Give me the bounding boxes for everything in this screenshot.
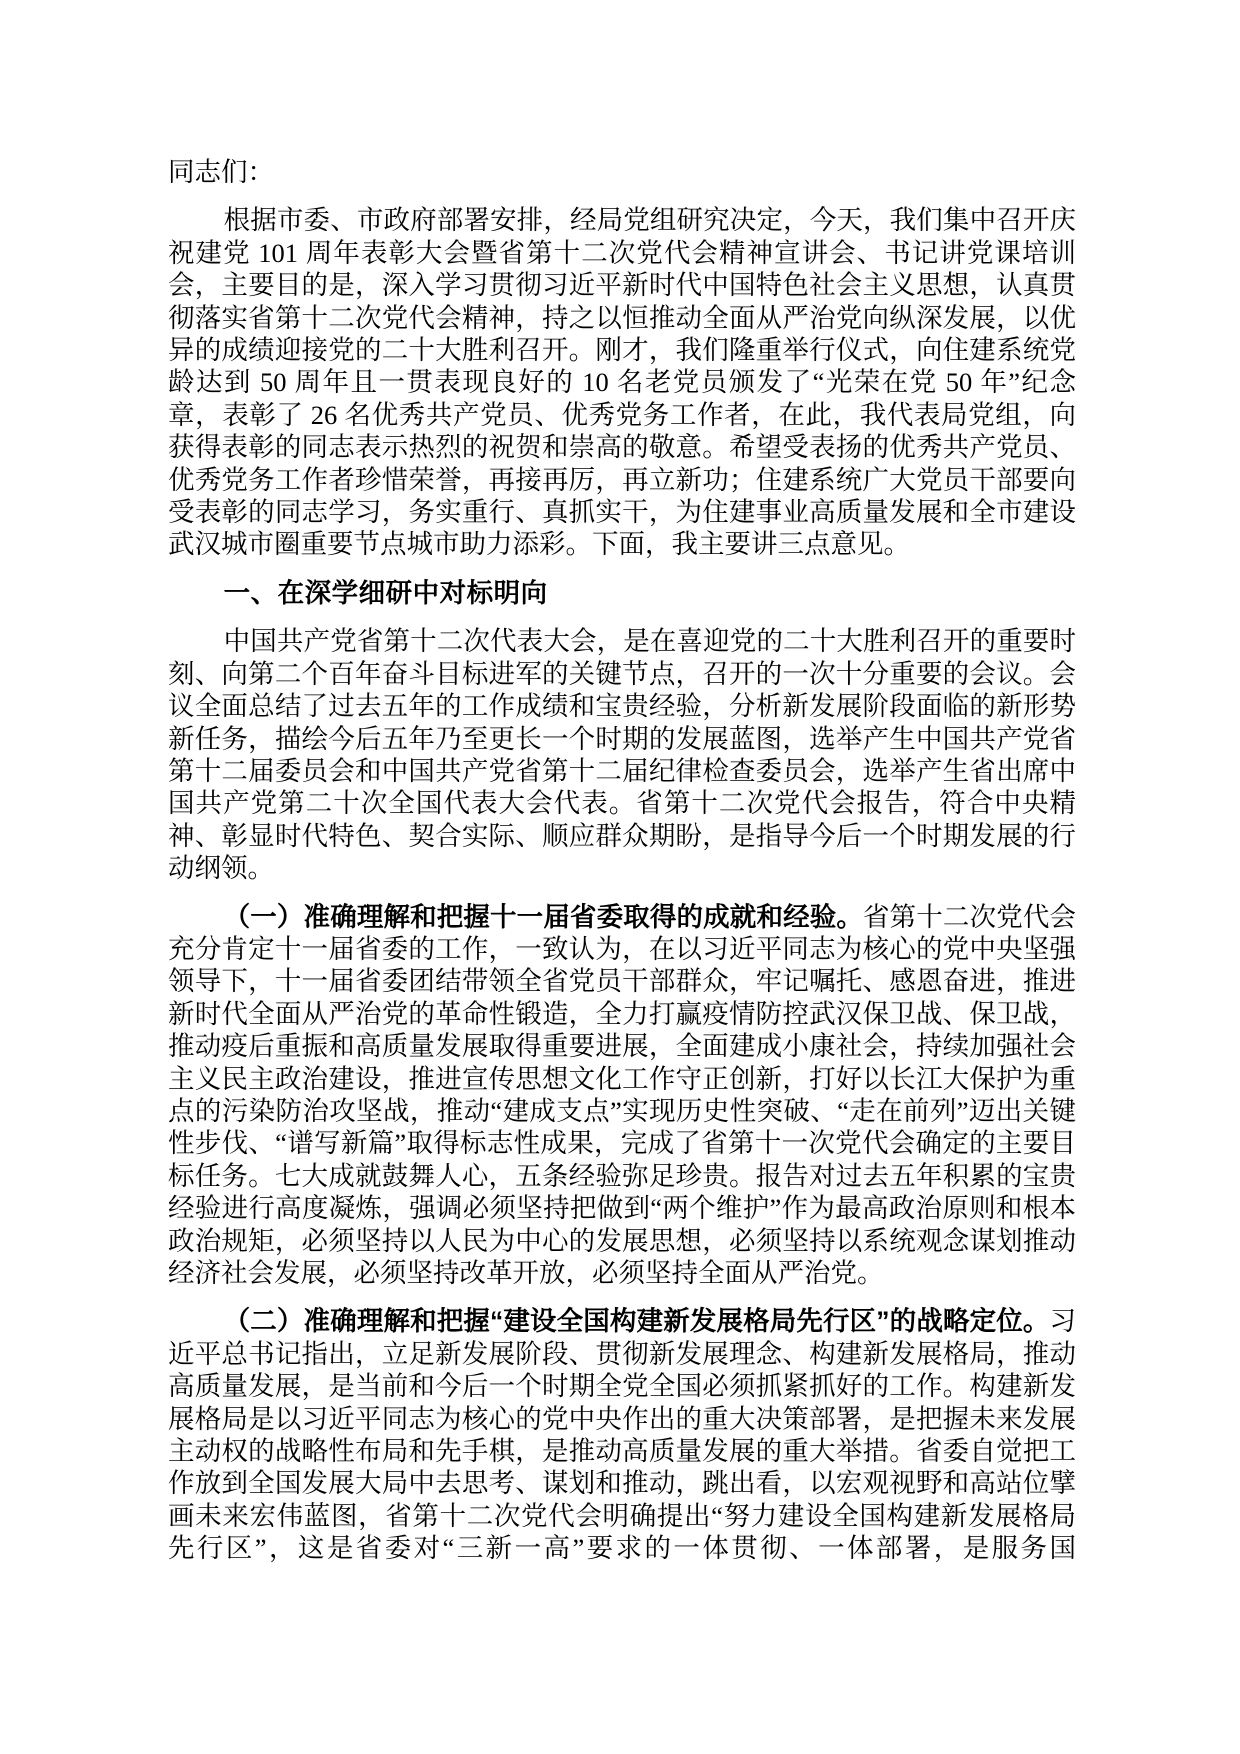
section-1-lede-paragraph: 中国共产党省第十二次代表大会，是在喜迎党的二十大胜利召开的重要时刻、向第二个百年… [168,625,1076,884]
salutation: 同志们： [168,156,1076,188]
subsection-2-body: 习近平总书记指出，立足新发展阶段、贯彻新发展理念、构建新发展格局，推动高质量发展… [168,1306,1076,1563]
intro-paragraph: 根据市委、市政府部署安排，经局党组研究决定，今天，我们集中召开庆祝建党 101 … [168,204,1076,560]
subsection-2-title: （二）准确理解和把握“建设全国构建新发展格局先行区”的战略定位。 [224,1306,1050,1336]
subsection-1-paragraph: （一）准确理解和把握十一届省委取得的成就和经验。省第十二次党代会充分肯定十一届省… [168,901,1076,1290]
document-page: 同志们： 根据市委、市政府部署安排，经局党组研究决定，今天，我们集中召开庆祝建党… [0,0,1240,1754]
section-1-heading: 一、在深学细研中对标明向 [168,577,1076,609]
subsection-2-paragraph: （二）准确理解和把握“建设全国构建新发展格局先行区”的战略定位。习近平总书记指出… [168,1305,1076,1564]
subsection-1-title: （一）准确理解和把握十一届省委取得的成就和经验。 [224,902,863,932]
subsection-1-body: 省第十二次党代会充分肯定十一届省委的工作，一致认为，在以习近平同志为核心的党中央… [168,902,1076,1288]
